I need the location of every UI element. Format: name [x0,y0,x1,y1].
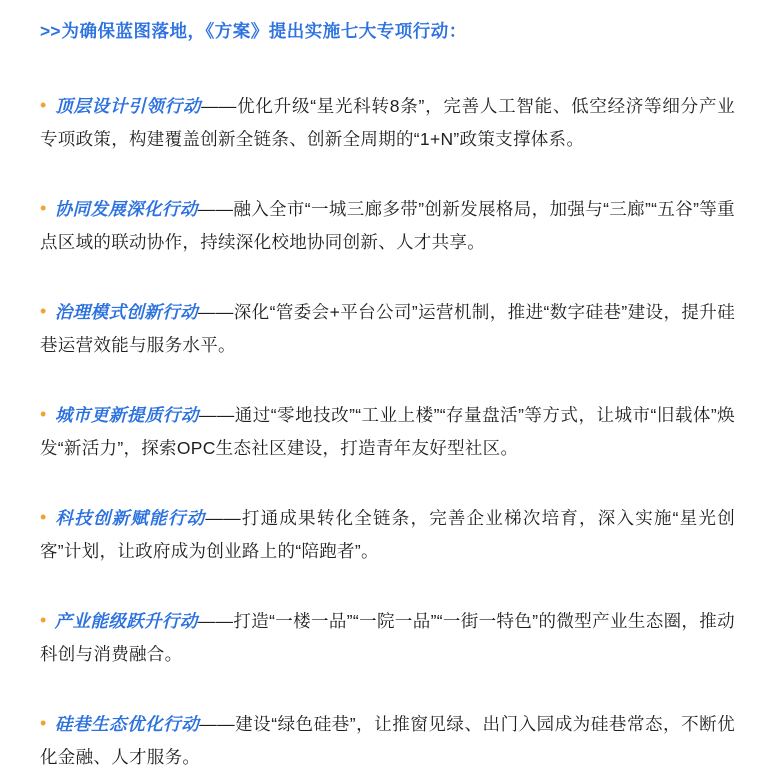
action-item-4: •城市更新提质行动——通过“零地技改”“工业上楼”“存量盘活”等方式，让城市“旧… [40,399,735,465]
bullet-dot-icon: • [40,301,47,321]
action-title: 顶层设计引领行动 [55,96,202,116]
document-page: >>为确保蓝图落地，《方案》提出实施七大专项行动： •顶层设计引领行动——优化升… [0,0,775,776]
bullet-dot-icon: • [40,404,47,424]
action-dash: —— [199,405,235,425]
bullet-dot-icon: • [40,713,47,733]
action-title: 科技创新赋能行动 [55,508,206,528]
action-title: 城市更新提质行动 [55,405,199,425]
action-dash: —— [198,611,234,631]
action-title: 治理模式创新行动 [55,302,198,322]
header-text: 为确保蓝图落地，《方案》提出实施七大专项行动： [61,21,466,41]
bullet-dot-icon: • [40,610,47,630]
action-item-7: •硅巷生态优化行动——建设“绿色硅巷”，让推窗见绿、出门入园成为硅巷常态，不断优… [40,708,735,774]
action-item-2: •协同发展深化行动——融入全市“一城三廊多带”创新发展格局，加强与“三廊”“五谷… [40,193,735,259]
action-item-3: •治理模式创新行动——深化“管委会+平台公司”运营机制，推进“数字硅巷”建设，提… [40,296,735,362]
action-dash: —— [205,508,241,528]
bullet-dot-icon: • [40,198,47,218]
action-dash: —— [201,96,237,116]
action-dash: —— [198,302,234,322]
header-chevrons-icon: >> [40,21,60,41]
bullet-dot-icon: • [40,95,47,115]
action-dash: —— [198,199,234,219]
document-header: >>为确保蓝图落地，《方案》提出实施七大专项行动： [40,18,735,44]
action-item-1: •顶层设计引领行动——优化升级“星光科转8条”，完善人工智能、低空经济等细分产业… [40,90,735,156]
action-item-6: •产业能级跃升行动——打造“一楼一品”“一院一品”“一街一特色”的微型产业生态圈… [40,605,735,671]
action-title: 硅巷生态优化行动 [55,714,200,734]
action-title: 产业能级跃升行动 [55,611,198,631]
action-item-5: •科技创新赋能行动——打通成果转化全链条，完善企业梯次培育，深入实施“星光创客”… [40,502,735,568]
action-dash: —— [199,714,235,734]
action-title: 协同发展深化行动 [55,199,198,219]
bullet-dot-icon: • [40,507,47,527]
